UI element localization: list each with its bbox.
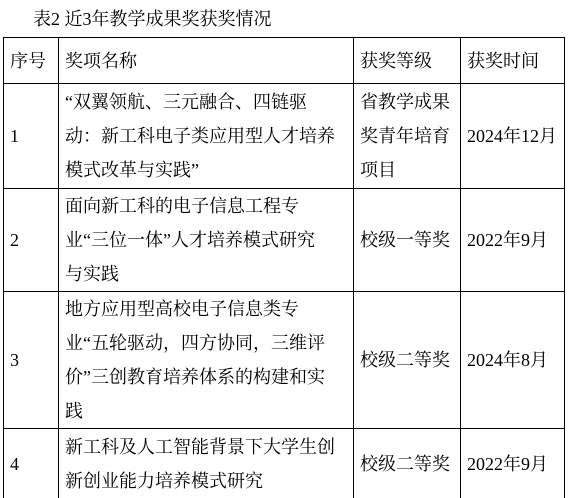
header-cell-date: 获奖时间 xyxy=(461,38,565,84)
cell-level: 校级二等奖 xyxy=(354,292,461,429)
cell-name: 地方应用型高校电子信息类专 业“五轮驱动，四方协同，三维评 价”三创教育培养体系… xyxy=(59,292,354,429)
cell-level: 省教学成果 奖青年培育 项目 xyxy=(354,84,461,189)
header-cell-name: 奖项名称 xyxy=(59,38,354,84)
cell-date: 2024年12月 xyxy=(461,84,565,189)
table-row: 2 面向新工科的电子信息工程专 业“三位一体”人才培养模式研究 与实践 校级一等… xyxy=(4,189,565,292)
awards-table: 序号 奖项名称 获奖等级 获奖时间 1 “双翼领航、三元融合、四链驱 动：新工科… xyxy=(3,37,565,498)
cell-name: “双翼领航、三元融合、四链驱 动：新工科电子类应用型人才培养 模式改革与实践” xyxy=(59,84,354,189)
cell-no: 1 xyxy=(4,84,59,189)
header-cell-level: 获奖等级 xyxy=(354,38,461,84)
table-row: 1 “双翼领航、三元融合、四链驱 动：新工科电子类应用型人才培养 模式改革与实践… xyxy=(4,84,565,189)
cell-level: 校级一等奖 xyxy=(354,189,461,292)
cell-no: 4 xyxy=(4,429,59,498)
table-row: 3 地方应用型高校电子信息类专 业“五轮驱动，四方协同，三维评 价”三创教育培养… xyxy=(4,292,565,429)
table-header-row: 序号 奖项名称 获奖等级 获奖时间 xyxy=(4,38,565,84)
cell-date: 2022年9月 xyxy=(461,189,565,292)
table-caption: 表2 近3年教学成果奖获奖情况 xyxy=(33,8,569,30)
header-cell-no: 序号 xyxy=(4,38,59,84)
cell-name: 面向新工科的电子信息工程专 业“三位一体”人才培养模式研究 与实践 xyxy=(59,189,354,292)
table-row: 4 新工科及人工智能背景下大学生创 新创业能力培养模式研究 校级二等奖 2022… xyxy=(4,429,565,498)
cell-no: 3 xyxy=(4,292,59,429)
cell-date: 2022年9月 xyxy=(461,429,565,498)
cell-date: 2024年8月 xyxy=(461,292,565,429)
cell-level: 校级二等奖 xyxy=(354,429,461,498)
cell-name: 新工科及人工智能背景下大学生创 新创业能力培养模式研究 xyxy=(59,429,354,498)
cell-no: 2 xyxy=(4,189,59,292)
